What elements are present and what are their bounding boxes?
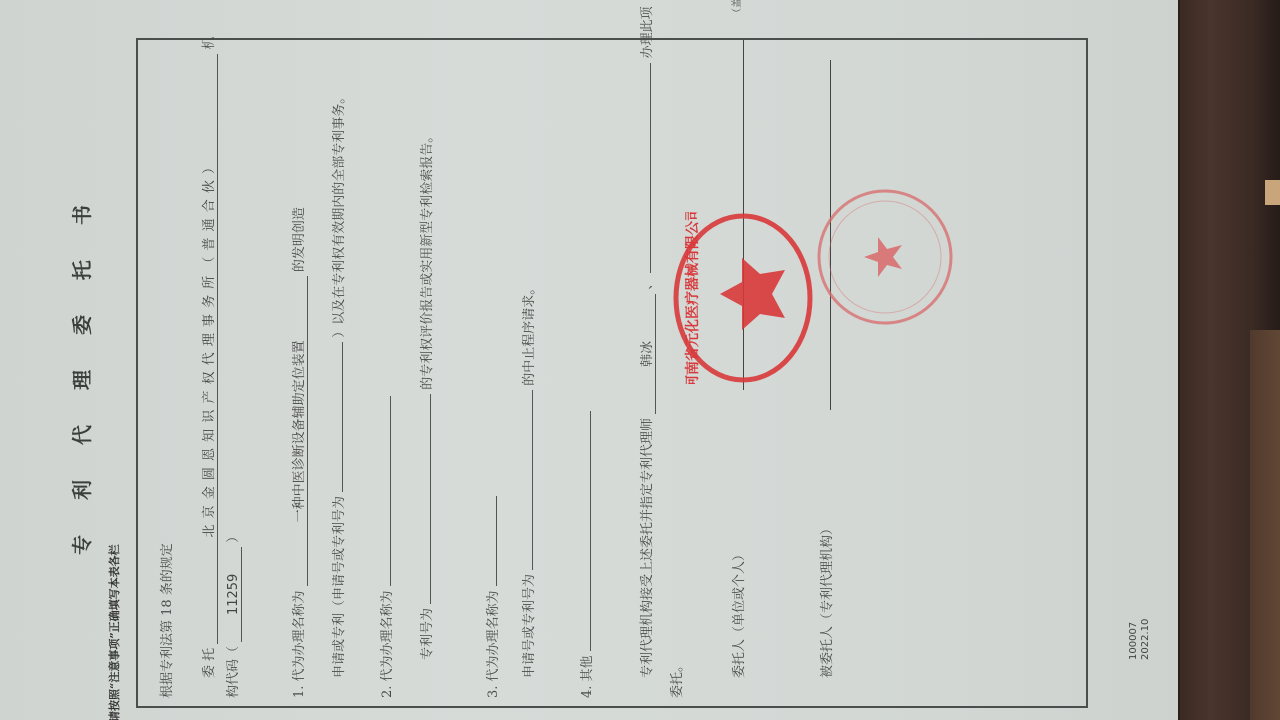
item3-row2: 申请号或专利号为 的中止程序请求。: [518, 282, 537, 678]
agent-1-field[interactable]: 韩冰: [636, 294, 656, 414]
item2-row2: 专利号为 的专利权评价报告或实用新型专利检索报告。: [416, 130, 435, 660]
acceptance-row2: 委托。: [666, 659, 685, 698]
agency-code-row: 构代码（ 11259 ）: [222, 530, 242, 698]
item2-row: 2. 代为办理名称为: [376, 396, 395, 698]
agency-name-field[interactable]: 北 京 金 圆 恩 知 识 产 权 代 理 事 务 所 （ 普 通 合 伙 ）: [198, 54, 218, 644]
item2-line2-label: 专利号为: [420, 608, 435, 660]
item1-label: 1. 代为办理名称为: [292, 590, 307, 698]
document-title: 专 利 代 理 委 托 书: [66, 38, 95, 708]
agent-label: 被委托人（专利代理机构）: [816, 522, 835, 678]
item1-number-field[interactable]: [342, 342, 343, 492]
form-code-block: 100007 2022.10: [1128, 619, 1152, 660]
agent-separator: 、: [640, 277, 655, 290]
desk-detail: [1250, 330, 1280, 720]
agent-2-field[interactable]: [650, 63, 651, 273]
header-note: 请按照“注意事项”正确填写本表各栏: [106, 544, 122, 720]
legal-basis: 根据专利法第 18 条的规定: [156, 543, 175, 698]
entrust-row: 委 托 北 京 金 圆 恩 知 识 产 权 代 理 事 务 所 （ 普 通 合 …: [198, 37, 218, 678]
item4-field[interactable]: [590, 411, 591, 651]
item1-line2-suffix: ）以及在专利权有效期内的全部专利事务。: [332, 91, 347, 338]
item3-line2-label: 申请号或专利号为: [522, 574, 537, 678]
principal-company-seal: 河南省元化医疗器械有限公司: [672, 212, 814, 384]
item3-number-field[interactable]: [532, 390, 533, 570]
principal-seal-text: 河南省元化医疗器械有限公司: [684, 212, 701, 384]
form-page: 专 利 代 理 委 托 书 请按照“注意事项”正确填写本表各栏 根据专利法第 1…: [136, 38, 1088, 708]
form-number: 100007: [1128, 619, 1140, 660]
item4-label: 4. 其他: [580, 655, 595, 698]
item2-line2-suffix: 的专利权评价报告或实用新型专利检索报告。: [420, 130, 435, 390]
acceptance-suffix: 办理此项: [640, 6, 655, 58]
item1-name-field[interactable]: 一种中医诊断设备辅助定位装置: [288, 276, 308, 586]
acceptance-text: 专利代理机构接受上述委托并指定专利代理师: [640, 418, 655, 678]
item1-suffix: 的发明创造: [292, 207, 307, 272]
item3-name-field[interactable]: [496, 496, 497, 586]
entrust-label: 委 托: [202, 648, 217, 678]
entrust-suffix: 机: [202, 37, 217, 50]
item4-row: 4. 其他: [576, 411, 595, 698]
desk-detail: [1265, 180, 1280, 205]
acceptance-row: 专利代理机构接受上述委托并指定专利代理师 韩冰 、 办理此项: [636, 6, 656, 678]
item3-row: 3. 代为办理名称为: [482, 496, 501, 698]
item1-line2-label: 申请或专利（申请号或专利号为: [332, 496, 347, 678]
item2-number-field[interactable]: [430, 394, 431, 604]
principal-sign-hint: （盖章或签字）: [728, 0, 743, 18]
agency-code-label: 构代码（: [226, 646, 241, 698]
item3-label: 3. 代为办理名称为: [486, 590, 501, 698]
form-frame: [136, 38, 1088, 708]
item3-line2-suffix: 的中止程序请求。: [522, 282, 537, 386]
agency-code-field[interactable]: 11259: [226, 547, 242, 642]
item1-row2: 申请或专利（申请号或专利号为 ）以及在专利权有效期内的全部专利事务。: [328, 91, 347, 678]
principal-label: 委托人（单位或个人）: [728, 548, 747, 678]
form-version: 2022.10: [1140, 619, 1152, 660]
item2-label: 2. 代为办理名称为: [380, 590, 395, 698]
agent-firm-seal: [814, 186, 956, 328]
agency-code-close: ）: [226, 530, 241, 543]
item2-name-field[interactable]: [390, 396, 391, 586]
item1-row: 1. 代为办理名称为 一种中医诊断设备辅助定位装置 的发明创造: [288, 207, 308, 698]
